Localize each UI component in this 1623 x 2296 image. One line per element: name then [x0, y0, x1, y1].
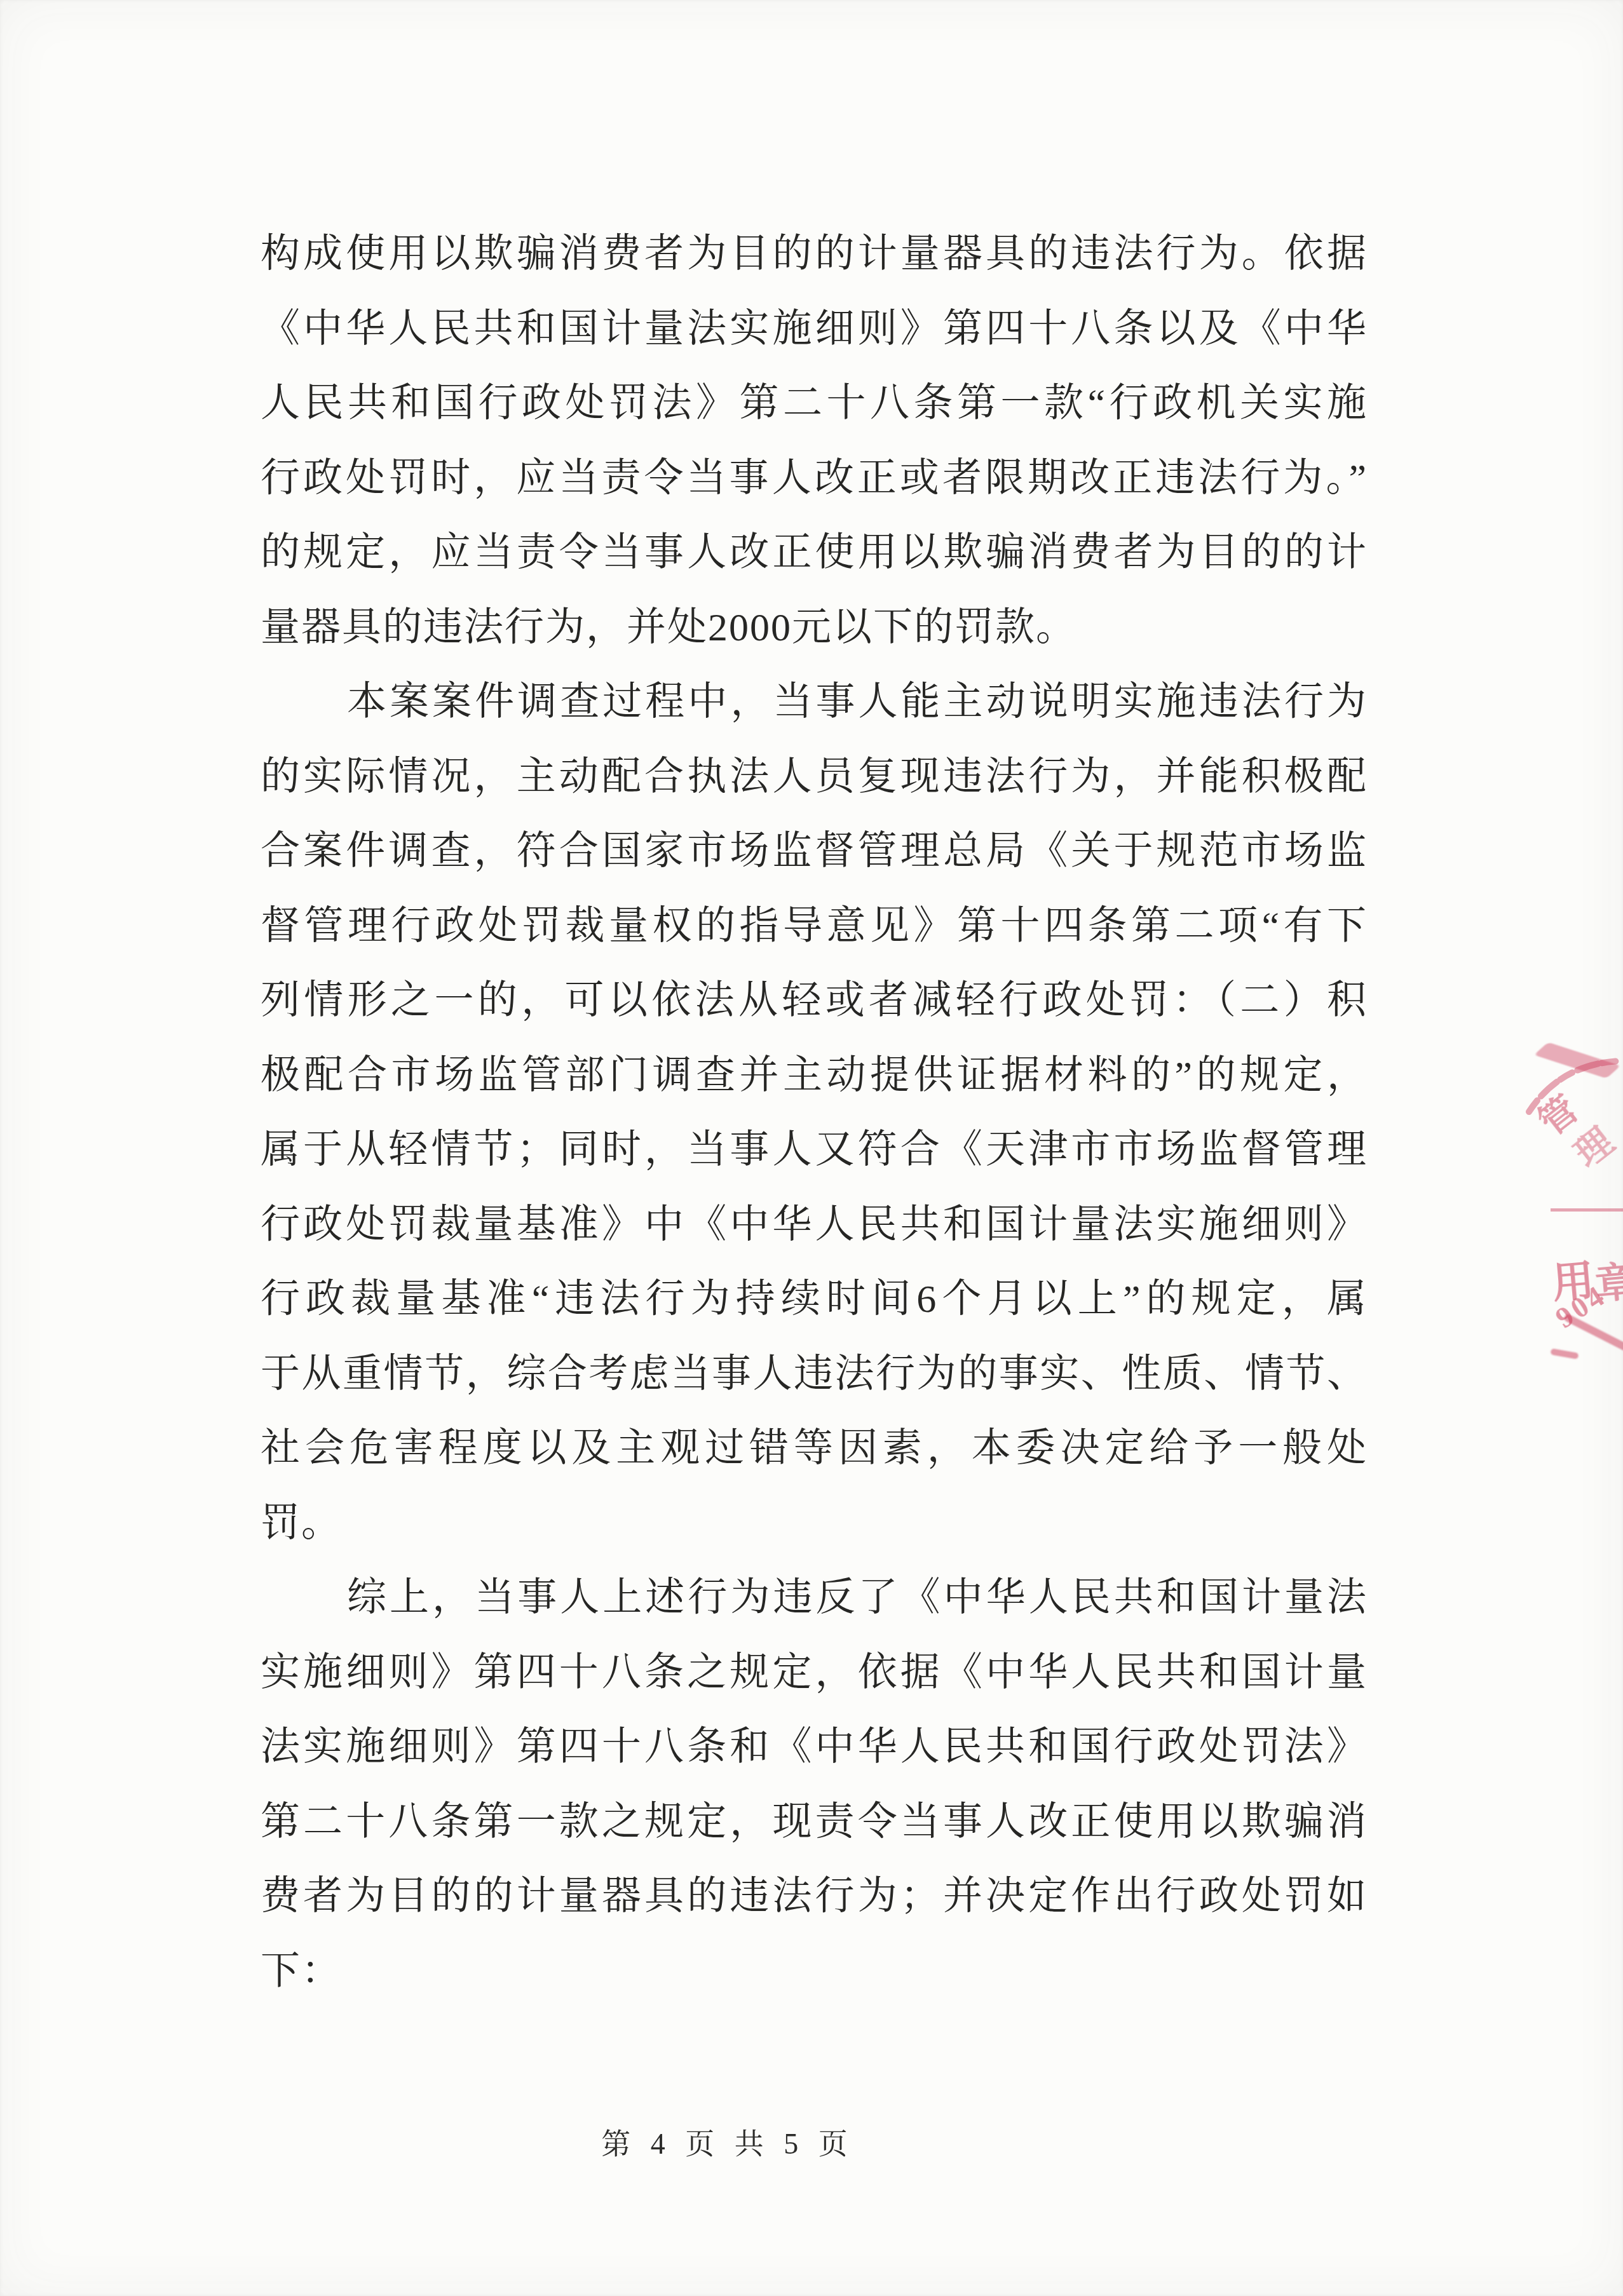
text-line: 《中华人民共和国计量法实施细则》第四十八条以及《中华: [261, 292, 1368, 367]
text-line: 社会危害程度以及主观过错等因素，本委决定给予一般处: [261, 1412, 1368, 1487]
text-line: 于从重情节，综合考虑当事人违法行为的事实、性质、情节、: [261, 1337, 1368, 1412]
stamp-number: 904: [1549, 1278, 1612, 1335]
stamp-character: 管: [1525, 1081, 1587, 1145]
text-line: 罚。: [261, 1487, 1368, 1562]
text-line: 的实际情况，主动配合执法人员复现违法行为，并能积极配: [261, 740, 1368, 815]
text-line: 合案件调查，符合国家市场监督管理总局《关于规范市场监: [261, 814, 1368, 889]
text-line: 构成使用以欺骗消费者为目的的计量器具的违法行为。依据: [261, 217, 1368, 292]
stamp-stroke-icon: [1550, 1348, 1579, 1359]
text-line: 综上，当事人上述行为违反了《中华人民共和国计量法: [261, 1561, 1368, 1636]
official-stamp: 管 理 用 章 904: [1524, 1047, 1623, 1390]
text-line: 行政处罚时，应当责令当事人改正或者限期改正违法行为。”: [261, 442, 1368, 517]
text-line: 的规定，应当责令当事人改正使用以欺骗消费者为目的的计: [261, 516, 1368, 591]
stamp-character: 章: [1592, 1248, 1623, 1310]
text-line: 督管理行政处罚裁量权的指导意见》第十四条第二项“有下: [261, 889, 1368, 964]
text-line: 行政裁量基准“违法行为持续时间6个月以上”的规定，属: [261, 1262, 1368, 1337]
document-page: 构成使用以欺骗消费者为目的的计量器具的违法行为。依据 《中华人民共和国计量法实施…: [0, 0, 1623, 2296]
text-line: 量器具的违法行为，并处2000元以下的罚款。: [261, 591, 1368, 666]
text-line: 属于从轻情节；同时，当事人又符合《天津市市场监督管理: [261, 1113, 1368, 1188]
stamp-line-icon: [1551, 1208, 1623, 1212]
stamp-character: 理: [1561, 1112, 1622, 1177]
text-line: 第二十八条第一款之规定，现责令当事人改正使用以欺骗消: [261, 1785, 1368, 1860]
stamp-stroke-icon: [1563, 1313, 1623, 1363]
text-line: 行政处罚裁量基准》中《中华人民共和国计量法实施细则》: [261, 1188, 1368, 1263]
text-line: 本案案件调查过程中，当事人能主动说明实施违法行为: [261, 665, 1368, 740]
stamp-mark-icon: [1534, 1042, 1620, 1078]
document-body: 构成使用以欺骗消费者为目的的计量器具的违法行为。依据 《中华人民共和国计量法实施…: [261, 217, 1368, 2009]
text-line: 人民共和国行政处罚法》第二十八条第一款“行政机关实施: [261, 367, 1368, 442]
text-line: 实施细则》第四十八条之规定，依据《中华人民共和国计量: [261, 1636, 1368, 1711]
text-line: 下：: [261, 1935, 1368, 2009]
text-line: 费者为目的的计量器具的违法行为；并决定作出行政处罚如: [261, 1860, 1368, 1935]
stamp-arc-icon: [1524, 1047, 1623, 1142]
stamp-character: 用: [1549, 1246, 1596, 1309]
text-line: 法实施细则》第四十八条和《中华人民共和国行政处罚法》: [261, 1710, 1368, 1785]
text-line: 极配合市场监管部门调查并主动提供证据材料的”的规定，: [261, 1039, 1368, 1114]
text-line: 列情形之一的，可以依法从轻或者减轻行政处罚：（二）积: [261, 964, 1368, 1039]
page-number: 第 4 页 共 5 页: [0, 2121, 1455, 2163]
